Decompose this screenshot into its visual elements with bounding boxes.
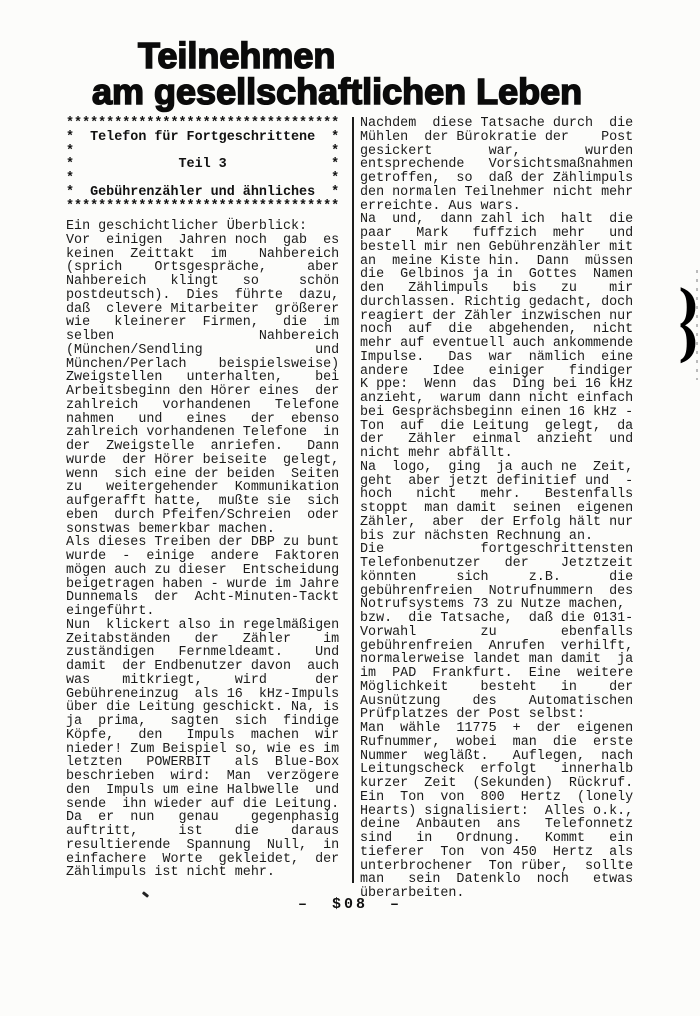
page-number: – $08 –	[0, 896, 700, 913]
right-column-text: Nachdem diese Tatsache durch die Mühlen …	[360, 117, 633, 901]
column-divider-rule	[352, 117, 354, 883]
scan-artifact-edge-dots	[696, 270, 698, 380]
page-title-line-2: am gesellschaftlichen Leben	[92, 74, 582, 110]
scanned-document-page: Teilnehmen am gesellschaftlichen Leben *…	[0, 0, 700, 1016]
left-column-text: Ein geschichtlicher Überblick: Vor einig…	[66, 220, 339, 880]
article-header-box: ********************************** * Tel…	[66, 117, 339, 213]
page-title-line-1: Teilnehmen	[138, 38, 335, 74]
